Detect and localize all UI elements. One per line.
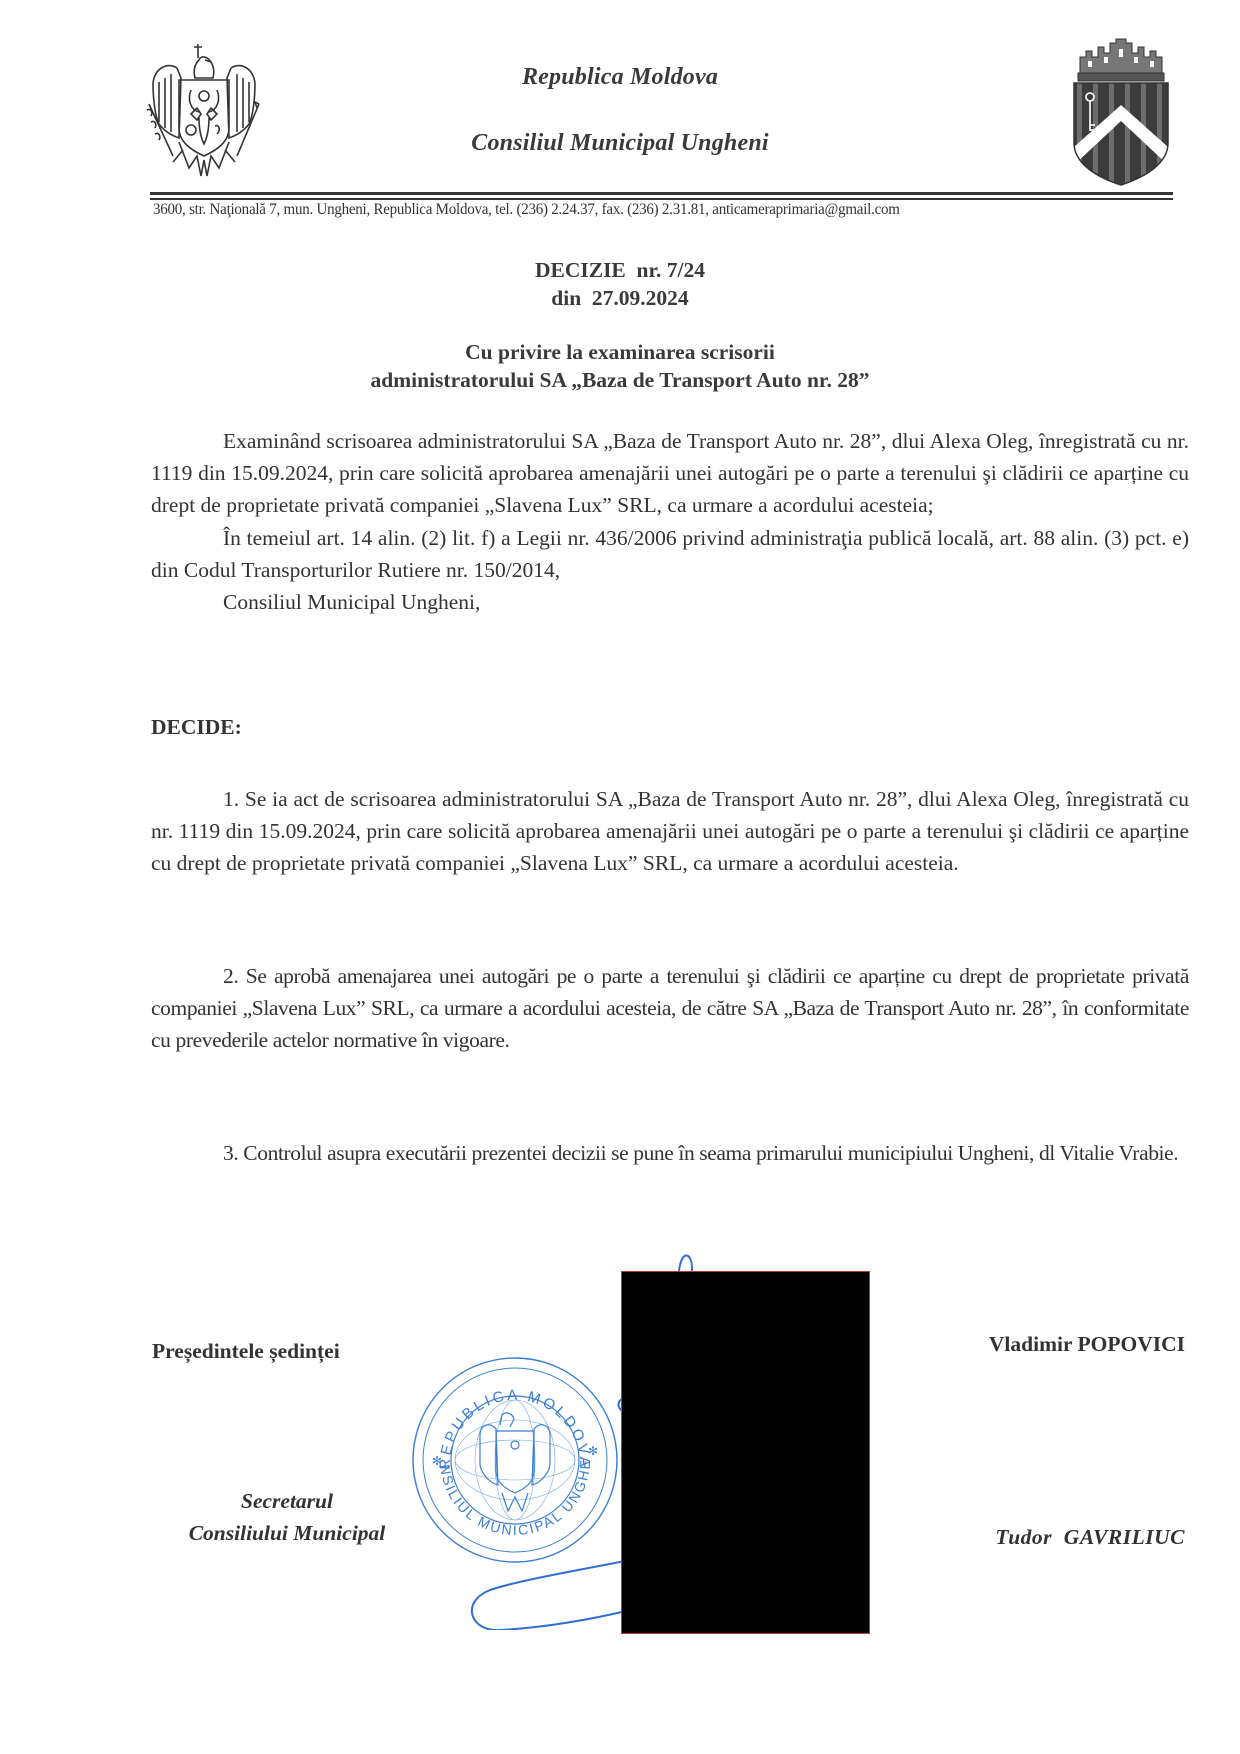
decision-point-text: 2. Se aprobă amenajarea unei autogări pe… <box>151 960 1189 1057</box>
chair-name: Vladimir POPOVICI <box>989 1332 1185 1357</box>
decision-date: din 27.09.2024 <box>0 286 1240 311</box>
preamble-legal-basis: În temeiul art. 14 alin. (2) lit. f) a L… <box>151 522 1189 586</box>
ungheni-coat-of-arms-icon <box>1068 35 1174 187</box>
moldova-coat-of-arms-icon <box>143 38 265 186</box>
header-divider <box>150 192 1173 195</box>
preamble: Examinând scrisoarea administratorului S… <box>151 425 1189 618</box>
redaction-box <box>621 1271 870 1634</box>
header-council: Consiliul Municipal Ungheni <box>0 130 1240 157</box>
svg-text:✻: ✻ <box>432 1454 442 1468</box>
decision-subject-line-1: Cu privire la examinarea scrisorii <box>0 340 1240 365</box>
decision-point: 1. Se ia act de scrisoarea administrator… <box>151 783 1189 880</box>
decision-point: 3. Controlul asupra executării prezentei… <box>151 1137 1189 1169</box>
preamble-paragraph: Examinând scrisoarea administratorului S… <box>151 425 1189 522</box>
secretary-role-line-2: Consiliului Municipal <box>152 1517 422 1549</box>
secretary-name: Tudor GAVRILIUC <box>995 1525 1185 1550</box>
decision-subject-line-2: administratorului SA „Baza de Transport … <box>0 368 1240 393</box>
chair-role: Președintele ședinței <box>152 1339 340 1364</box>
decision-point-text: 1. Se ia act de scrisoarea administrator… <box>151 783 1189 880</box>
decision-number: DECIZIE nr. 7/24 <box>0 258 1240 283</box>
secretary-role-line-1: Secretarul <box>152 1485 422 1517</box>
preamble-council: Consiliul Municipal Ungheni, <box>151 586 1189 618</box>
header-country: Republica Moldova <box>0 64 1240 91</box>
decision-point: 2. Se aprobă amenajarea unei autogări pe… <box>151 960 1189 1057</box>
decision-point-text: 3. Controlul asupra executării prezentei… <box>151 1137 1189 1169</box>
decide-heading: DECIDE: <box>151 715 242 740</box>
secretary-role: Secretarul Consiliului Municipal <box>152 1485 422 1549</box>
header-address: 3600, str. Naţională 7, mun. Ungheni, Re… <box>153 199 1101 219</box>
